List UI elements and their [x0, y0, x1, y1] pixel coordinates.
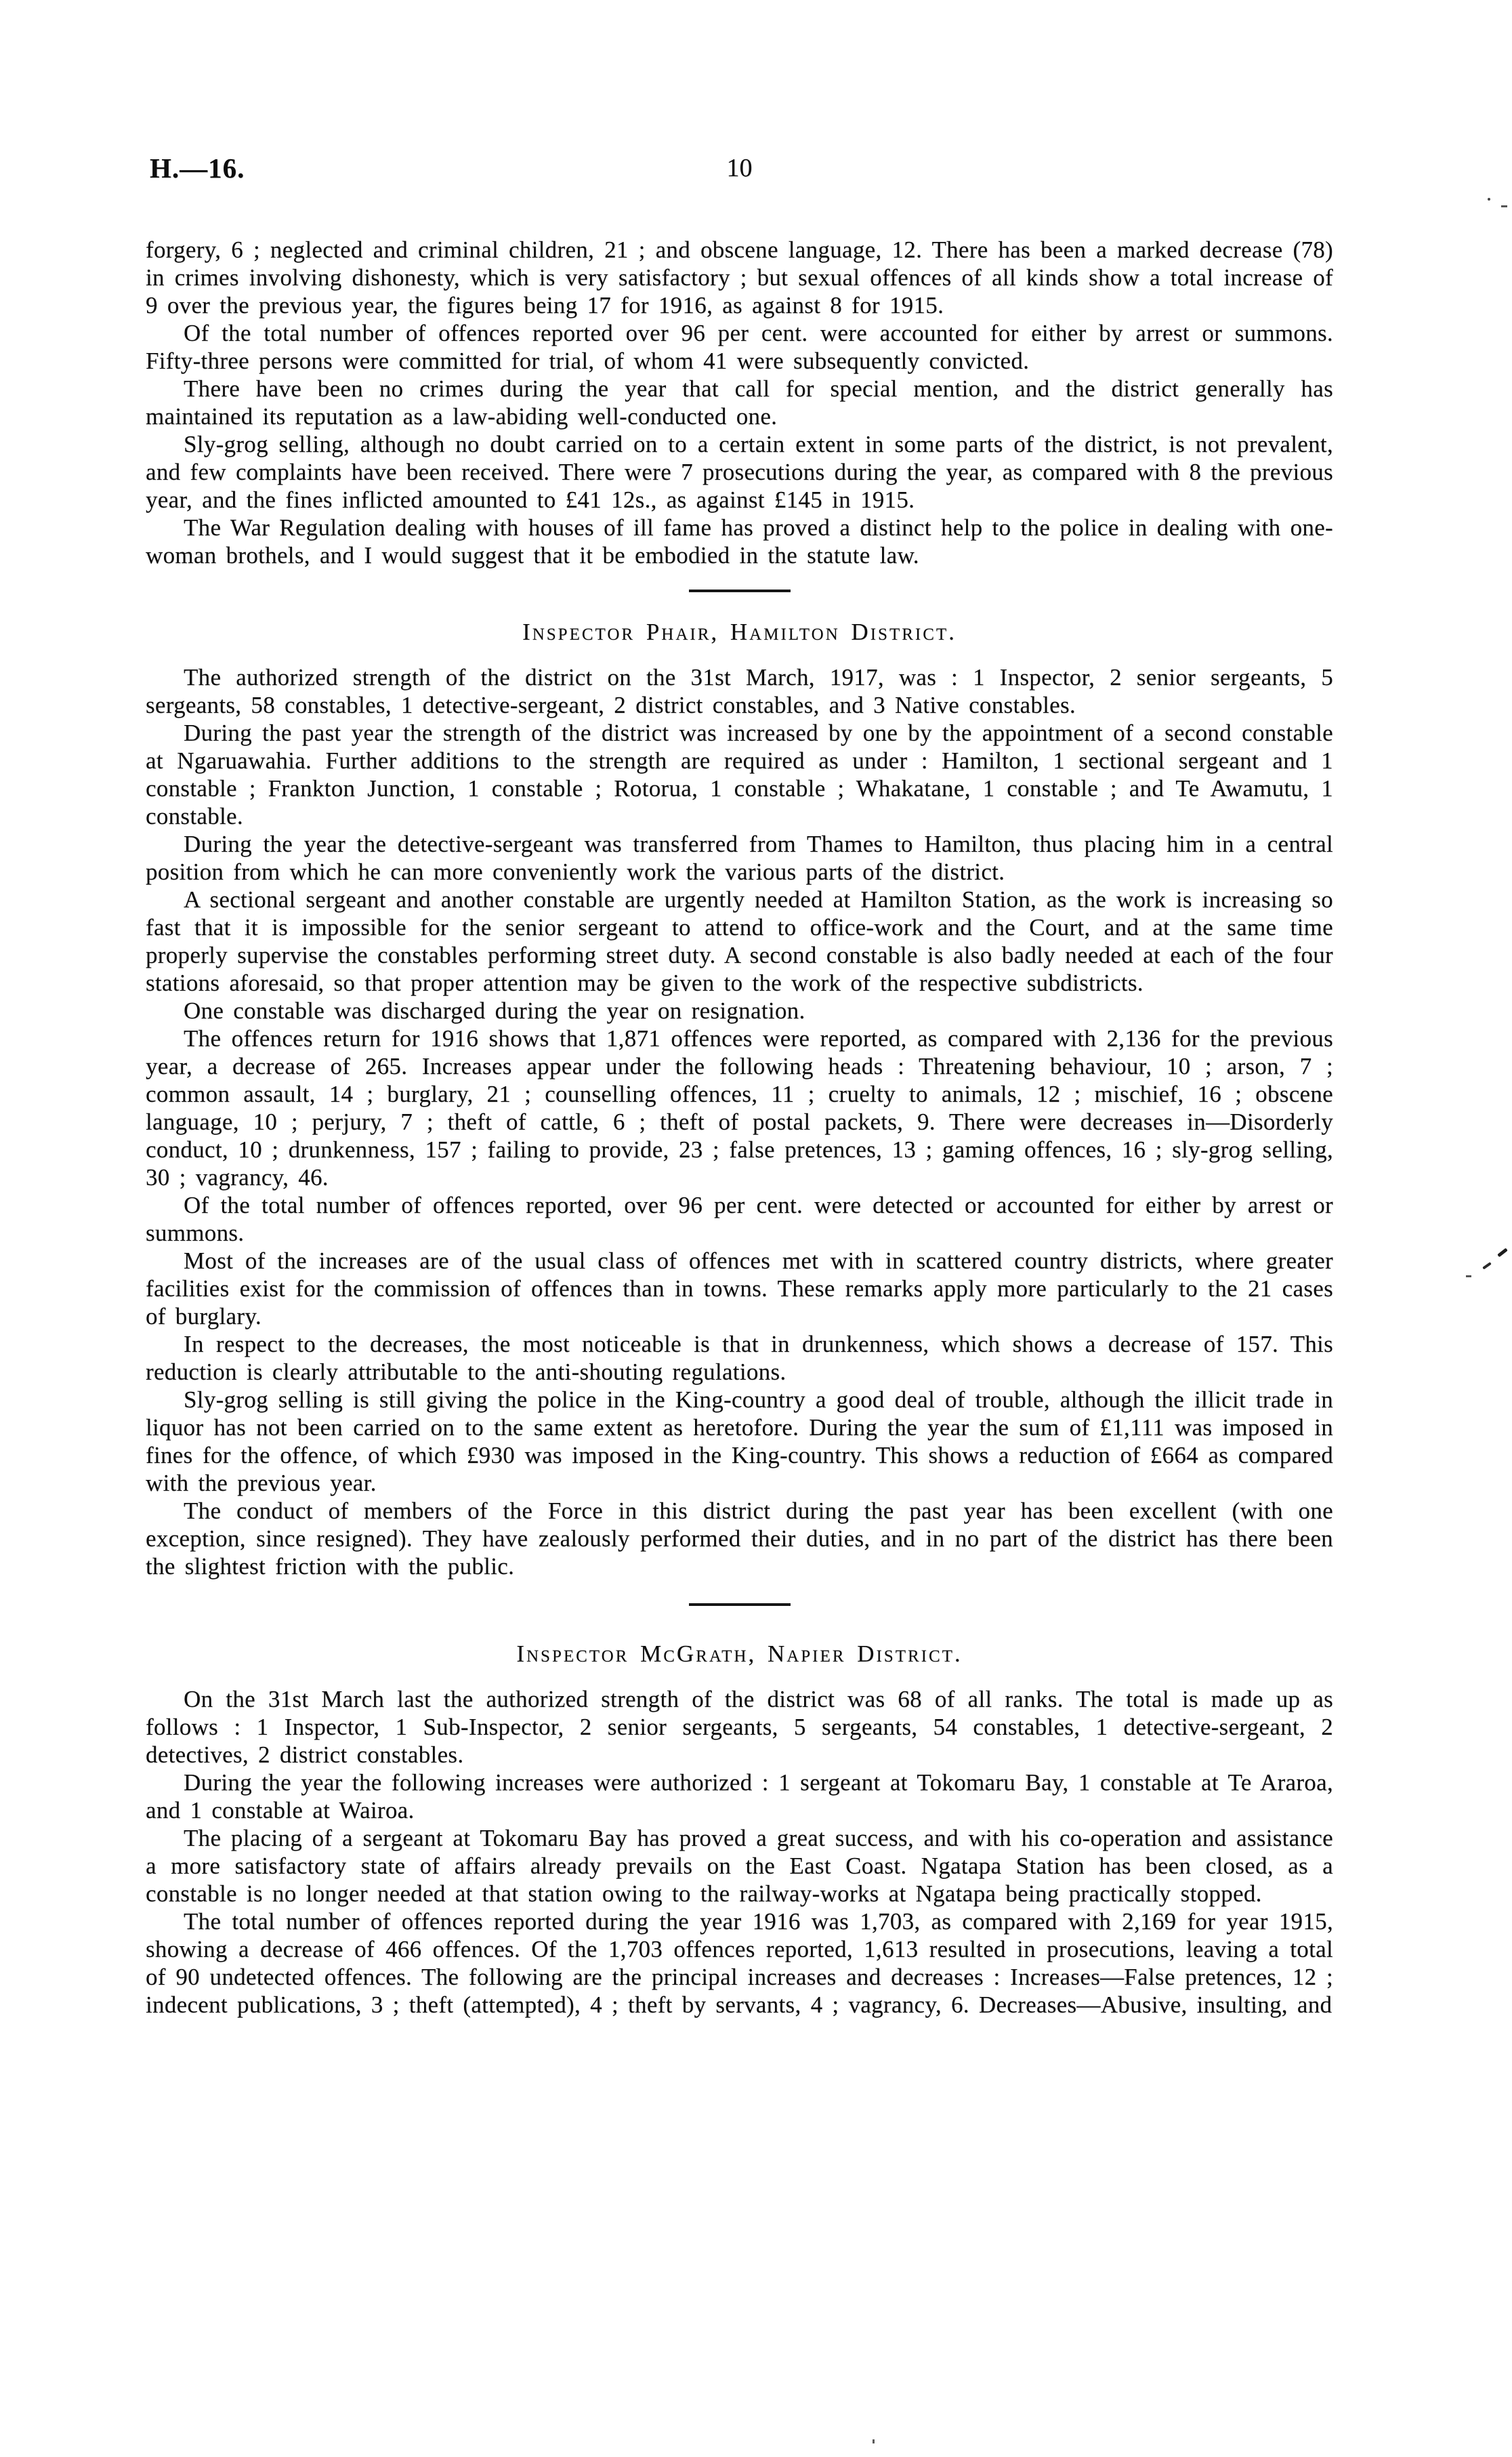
paragraph: Of the total number of offences reported… [146, 1191, 1333, 1247]
section-divider-rule [689, 1603, 791, 1606]
running-head: H.—16. 10 [146, 152, 1333, 187]
paragraph: forgery, 6 ; neglected and criminal chil… [146, 236, 1333, 319]
paragraph: The authorized strength of the district … [146, 663, 1333, 719]
section-divider-rule [689, 590, 791, 592]
section-heading-hamilton: Inspector Phair, Hamilton District. [146, 618, 1333, 646]
paragraph: One constable was discharged during the … [146, 997, 1333, 1025]
pen-stroke [1466, 1275, 1471, 1277]
scan-speck [1488, 198, 1490, 201]
paragraph: During the year the following increases … [146, 1769, 1333, 1824]
pen-stroke [1482, 1262, 1492, 1269]
scan-speck [1501, 205, 1507, 207]
pen-stroke [1497, 1248, 1508, 1258]
paragraph: On the 31st March last the authorized st… [146, 1685, 1333, 1769]
scan-speck [873, 2439, 875, 2443]
paragraph: The War Regulation dealing with houses o… [146, 514, 1333, 569]
paragraph: The offences return for 1916 shows that … [146, 1025, 1333, 1191]
paragraph: Most of the increases are of the usual c… [146, 1247, 1333, 1330]
document-page: H.—16. 10 forgery, 6 ; neglected and cri… [0, 0, 1512, 2457]
paragraph: Sly-grog selling, although no doubt carr… [146, 430, 1333, 514]
paragraph: During the past year the strength of the… [146, 719, 1333, 830]
paragraph: The conduct of members of the Force in t… [146, 1497, 1333, 1580]
paragraph: There have been no crimes during the yea… [146, 375, 1333, 430]
document-body: forgery, 6 ; neglected and criminal chil… [146, 236, 1333, 2019]
paragraph: The placing of a sergeant at Tokomaru Ba… [146, 1824, 1333, 1907]
paragraph: The total number of offences reported du… [146, 1907, 1333, 2019]
paragraph: During the year the detective-sergeant w… [146, 830, 1333, 886]
page-number: 10 [146, 153, 1333, 183]
paragraph: In respect to the decreases, the most no… [146, 1330, 1333, 1386]
section-heading-napier: Inspector McGrath, Napier District. [146, 1640, 1333, 1668]
paragraph: Of the total number of offences reported… [146, 319, 1333, 375]
pen-mark-artifact [1481, 1250, 1512, 1285]
paragraph: Sly-grog selling is still giving the pol… [146, 1386, 1333, 1497]
paragraph: A sectional sergeant and another constab… [146, 886, 1333, 997]
